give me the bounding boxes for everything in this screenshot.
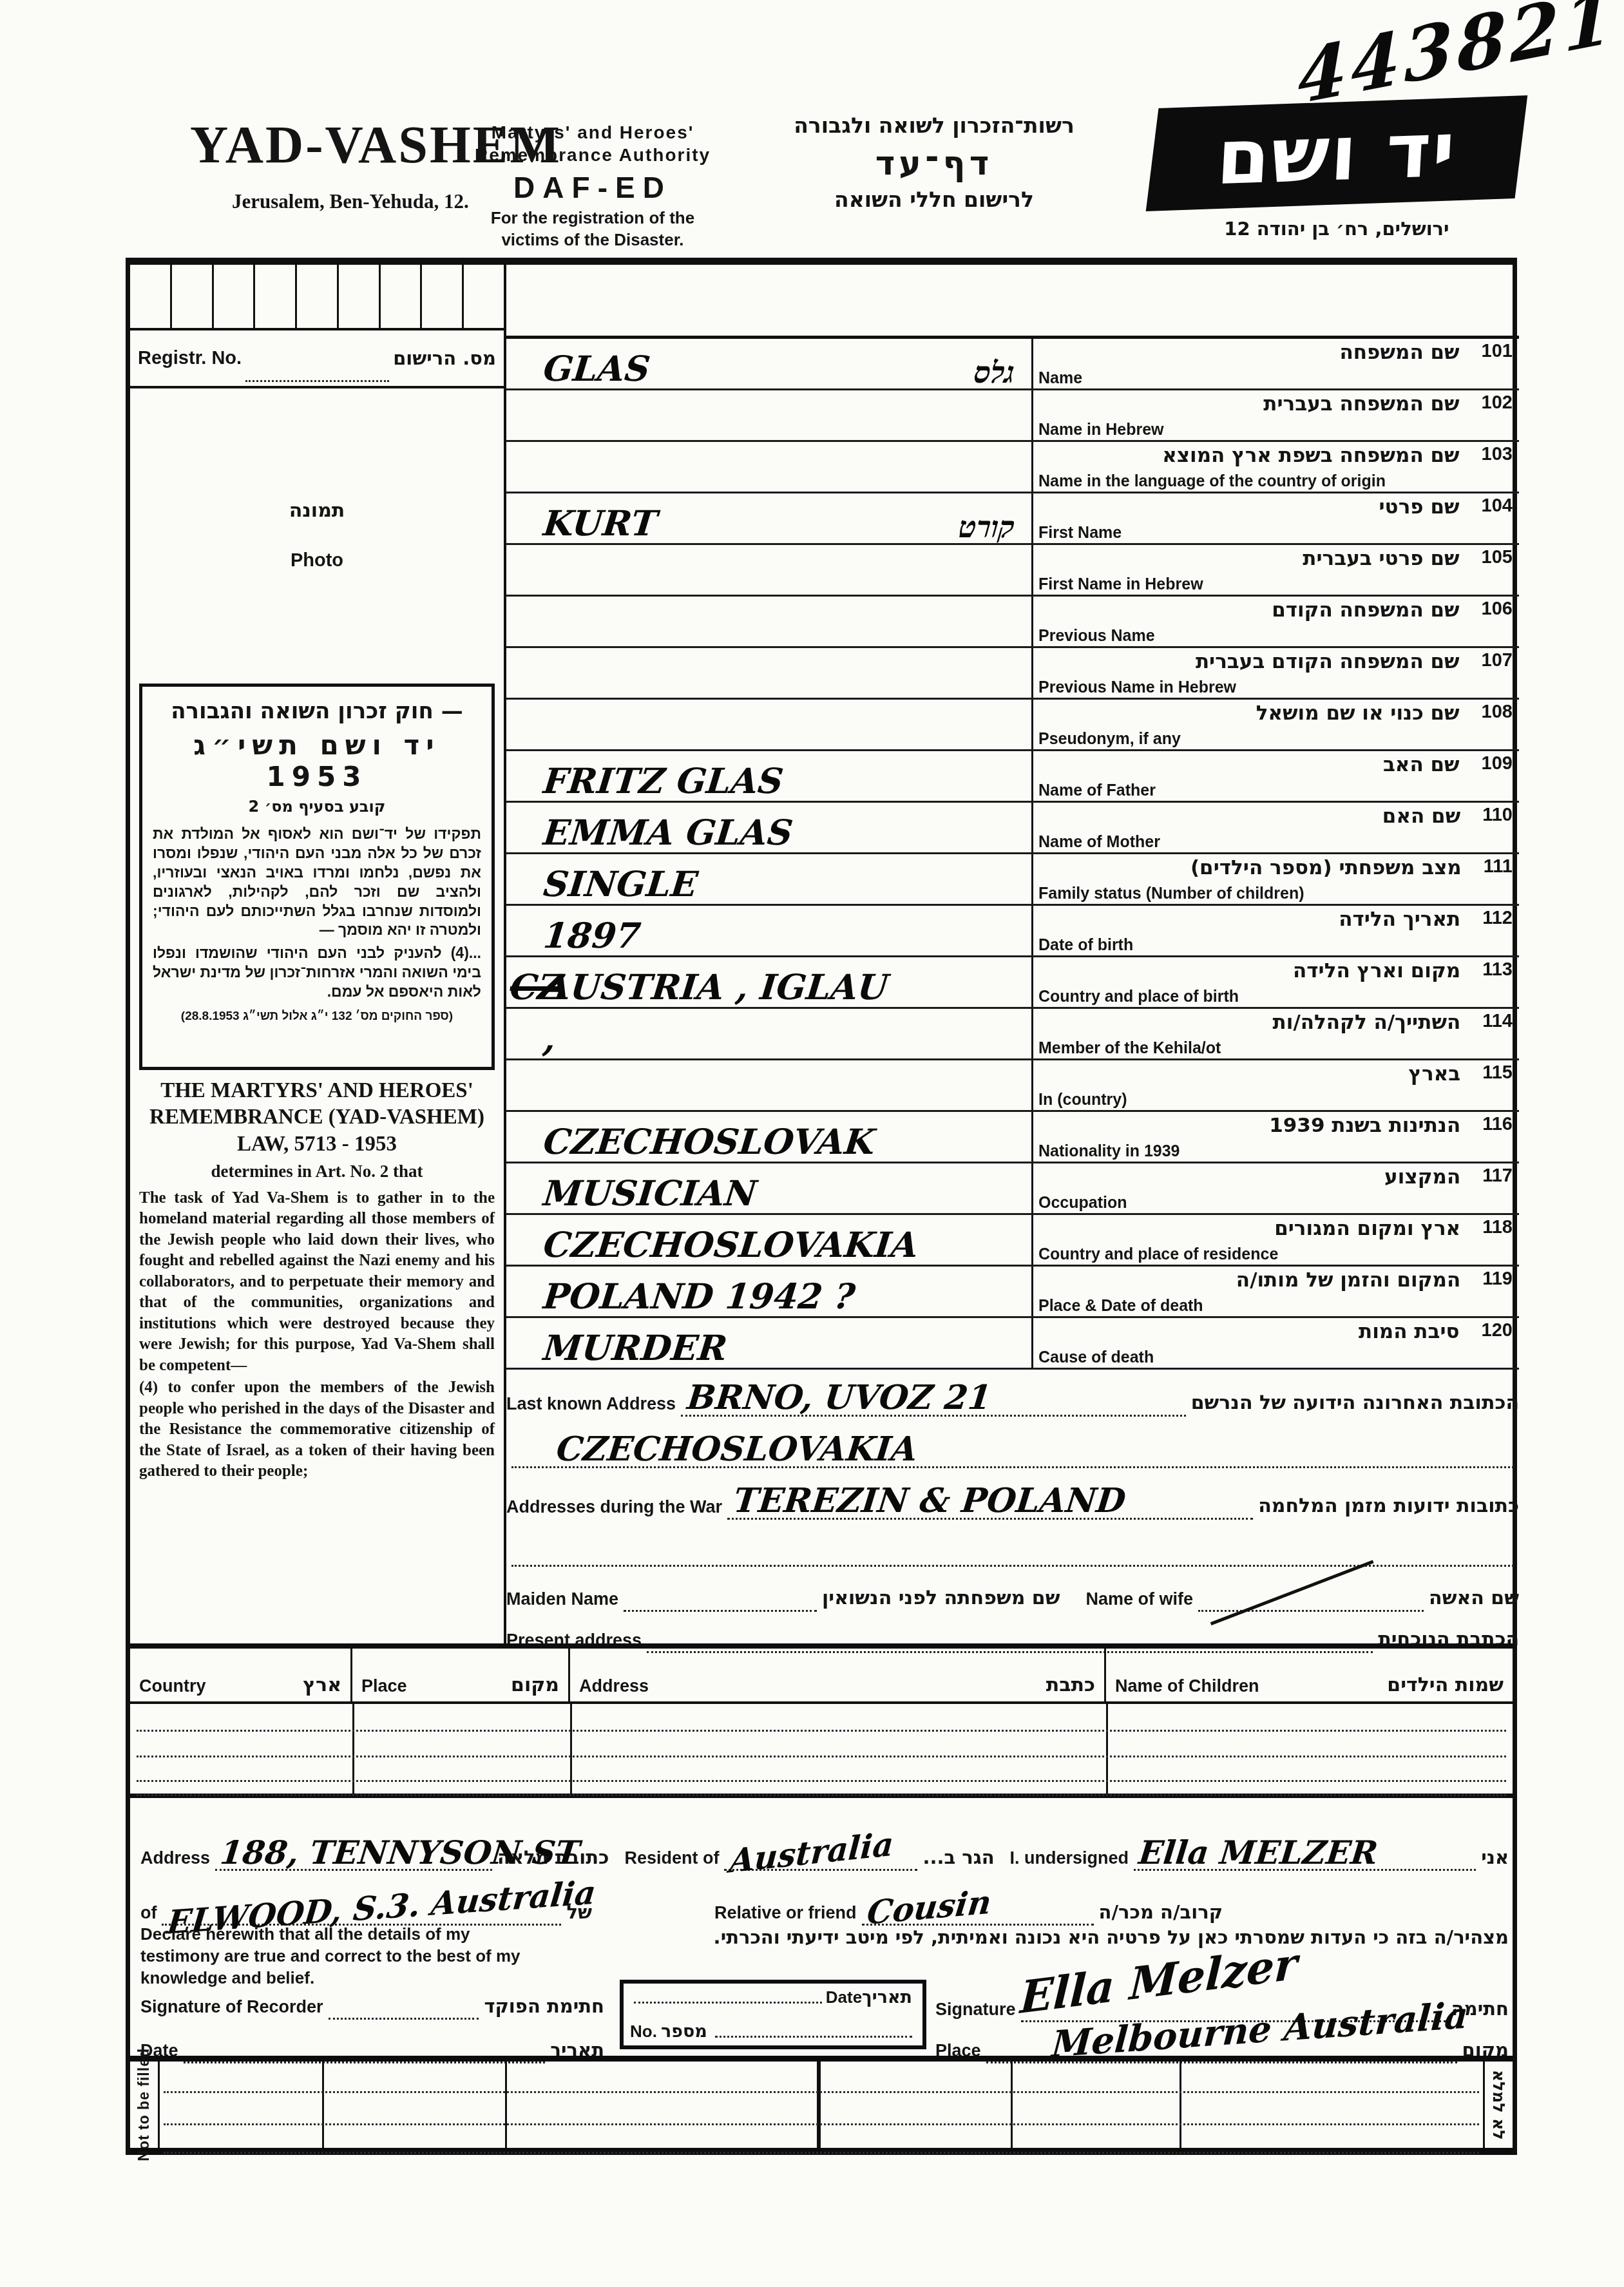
undersigned-value: Ella MELZER [1137,1837,1379,1869]
purpose-line1: For the registration of the [454,207,731,229]
field-label-cell: שם פרטי בעברית 105 First Name in Hebrew [1033,545,1519,595]
law-en-body: The task of Yad Va-Shem is to gather in … [139,1188,495,1377]
dotted-line [137,1794,1506,1796]
field-label-hebrew: שם המשפחה בשפת ארץ המוצא [1162,444,1459,467]
field-value-cell [506,597,1033,646]
field-number: 105 [1482,547,1513,568]
field-value-handwriting: CZECHOSLOVAKIA [542,1227,920,1262]
children-table: Country ארץ Place מקום Address כתבת Name… [130,1643,1513,1798]
last-known-address-label: Last known Address [506,1394,676,1417]
law-en-title: THE MARTYRS' AND HEROES' REMEMBRANCE (YA… [139,1078,495,1158]
field-value-cell [506,390,1033,440]
field-label-hebrew: שם המשפחה [1340,341,1460,364]
field-label-english: Name of Father [1038,781,1156,800]
last-known-address-value2: CZECHOSLOVAKIA [555,1433,919,1466]
field-label-english: Nationality in 1939 [1038,1142,1180,1161]
field-value-cell: SINGLE [506,854,1033,904]
recorder-signature-hebrew: חתימת הפוקד [484,1995,604,2020]
field-label-cell: שם המשפחה הקודם בעברית 107 Previous Name… [1033,648,1519,698]
field-row: CZ AUSTRIA , IGLAU מקום וארץ הלידה 113 C… [506,957,1519,1009]
field-label-hebrew: תאריך הלידה [1339,908,1460,931]
registration-number-row: Registr. No. מס. הרישום [130,330,504,388]
law-he-title2: יד ושם תשי״ג 1953 [153,729,481,792]
maiden-name-label: Maiden Name [506,1589,618,1612]
maiden-name-row: Maiden Name שם משפחתה לפני הנשואין Name … [506,1569,1519,1612]
field-label-hebrew-row: מקום וארץ הלידה 113 [1033,957,1519,982]
witness-address-value: 188, TENNYSON ST [218,1837,581,1869]
field-label-cell: שם המשפחה בעברית 102 Name in Hebrew [1033,390,1519,440]
field-number: 101 [1482,341,1513,362]
field-number: 114 [1482,1011,1513,1032]
field-value-cell [506,1060,1033,1110]
field-label-cell: שם האם 110 Name of Mother [1033,803,1519,852]
field-label-english: Pseudonym, if any [1038,730,1181,749]
field-row: שם המשפחה בשפת ארץ המוצא 103 Name in the… [506,442,1519,493]
field-row: MURDER סיבת המות 120 Cause of death [506,1318,1519,1370]
field-label-english: Country and place of birth [1038,988,1239,1006]
authority-hebrew: רשות־הזכרון לשואה ולגבורה [754,113,1114,138]
witness-address-label: Address [140,1848,210,1871]
photo-box: תמונה Photo [130,388,504,682]
field-label-hebrew-row: שם פרטי בעברית 105 [1033,545,1519,570]
field-number: 110 [1482,805,1513,826]
field-row: שם כנוי או שם מושאל 108 Pseudonym, if an… [506,700,1519,751]
last-known-address-row: Last known Address BRNO, UVOZ 21 הכתובת … [506,1368,1519,1417]
col-names-he: שמות הילדים [1387,1674,1504,1696]
field-label-hebrew-row: המקום והזמן של מותו/ה 119 [1033,1267,1519,1292]
field-row: בארץ 115 In (country) [506,1060,1519,1112]
resident-of-label: Resident of [624,1848,719,1871]
field-row: FRITZ GLAS שם האב 109 Name of Father [506,751,1519,803]
field-label-hebrew: שם כנוי או שם מושאל [1256,702,1460,725]
purpose-line2: victims of the Disaster. [454,229,731,251]
field-label-english: Cause of death [1038,1348,1154,1367]
datebox-date-row: Date תאריך [630,1987,916,2007]
last-known-address-row2: CZECHOSLOVAKIA [506,1419,1519,1468]
field-label-hebrew-row: תאריך הלידה 112 [1033,906,1519,931]
relative-hebrew: קרוב/ה מכר/ה [1099,1901,1223,1926]
relative-value: Cousin [865,1886,993,1929]
office-use-table: Not to be filled לא למלא [130,2056,1513,2154]
field-number: 116 [1482,1114,1513,1135]
field-value-handwriting: AUSTRIA , IGLAU [542,970,890,1004]
grid-cell [422,265,464,328]
field-value-cell [506,648,1033,698]
war-addresses-label: Addresses during the War [506,1497,722,1520]
witness-of-row: of ELWOOD, S.3. Australia של Relative or… [140,1875,1509,1926]
field-label-hebrew: סיבת המות [1359,1320,1460,1343]
col-country-en: Country [139,1676,206,1696]
field-value-cell: KURT קורט [506,493,1033,543]
field-label-english: Place & Date of death [1038,1297,1203,1316]
field-label-hebrew: מצב משפחתי (מספר הילדים) [1190,856,1462,879]
resident-of-value: Australia [729,1828,895,1877]
field-value-handwriting: MURDER [542,1330,729,1365]
dotted-line: 188, TENNYSON ST [215,1837,492,1871]
field-value-cell [506,700,1033,749]
dotted-line [634,2002,822,2004]
children-table-body [130,1704,1513,1796]
date-number-box: Date תאריך No. מספר [620,1980,926,2049]
field-label-english: Occupation [1038,1194,1127,1212]
field-label-hebrew-row: השתייך/ה לקהלה/ות 114 [1033,1009,1519,1034]
field-label-english: Previous Name [1038,627,1155,646]
not-to-be-filled-hebrew: לא למלא [1489,2070,1508,2140]
field-number: 108 [1482,702,1513,723]
dotted-line [245,380,389,382]
field-label-hebrew: שם האם [1382,805,1460,828]
children-col-country: Country ארץ [130,1649,352,1701]
grid-cell [339,265,381,328]
field-label-hebrew: שם האב [1383,753,1460,776]
photo-label-english: Photo [291,550,343,571]
field-row: CZECHOSLOVAK הנתינות בשנת 1939 116 Natio… [506,1112,1519,1163]
war-addresses-value: TEREZIN & POLAND [732,1484,1127,1518]
name-of-wife-label: Name of wife [1085,1589,1193,1612]
law-he-clause: ...(4) להעניק לבני העם היהודי שהושמדו ונ… [153,944,481,1002]
dotted-line [137,1730,1506,1732]
datebox-date-label: Date [826,1987,862,2007]
field-label-english: In (country) [1038,1091,1127,1109]
field-row: EMMA GLAS שם האם 110 Name of Mother [506,803,1519,854]
dotted-line: ELWOOD, S.3. Australia [162,1891,561,1926]
field-label-hebrew: שם פרטי [1379,495,1459,519]
field-number: 115 [1482,1062,1513,1084]
field-value-handwriting: SINGLE [542,866,700,901]
field-label-english: Country and place of residence [1038,1245,1278,1264]
field-label-cell: מצב משפחתי (מספר הילדים) 111 Family stat… [1033,854,1519,904]
war-addresses-hebrew: כתובות ידועות מזמן המלחמה [1258,1495,1519,1520]
datebox-date-hebrew: תאריך [862,1987,912,2007]
dotted-line: Cousin [862,1891,1094,1926]
table-divider [817,2062,821,2148]
field-rows: GLAS גלס שם המשפחה 101 Name [506,336,1519,1370]
field-value-handwriting: MUSICIAN [542,1176,758,1210]
law-he-subtitle: קובע בסעיף מס׳ 2 [153,798,481,816]
field-label-cell: הנתינות בשנת 1939 116 Nationality in 193… [1033,1112,1519,1162]
law-en-subtitle: determines in Art. No. 2 that [139,1162,495,1182]
field-value-cell [506,545,1033,595]
last-known-address-hebrew: הכתובת האחרונה הידועה של הנרשם [1191,1392,1519,1417]
field-label-hebrew-row: בארץ 115 [1033,1060,1519,1086]
field-value-handwriting: POLAND 1942 ? [542,1279,857,1314]
field-label-english: Name [1038,369,1082,388]
field-row: KURT קורט שם פרטי 104 First Name [506,493,1519,545]
datebox-no-label: No. [630,2022,657,2042]
resident-of-hebrew: הגר ב... [922,1846,994,1871]
field-row: שם המשפחה בעברית 102 Name in Hebrew [506,390,1519,442]
dotted-line [1198,1607,1424,1612]
field-number: 106 [1482,598,1513,620]
recorder-signature-row: Signature of Recorder חתימת הפוקד [140,1991,604,2020]
field-value-cell: 1897 [506,906,1033,955]
law-he-title1: — חוק זכרון השואה והגבורה [153,698,481,724]
field-row: שם פרטי בעברית 105 First Name in Hebrew [506,545,1519,597]
field-label-english: Family status (Number of children) [1038,885,1304,903]
dotted-line [624,1610,817,1612]
field-row: POLAND 1942 ? המקום והזמן של מותו/ה 119 … [506,1267,1519,1318]
daf-ed-hebrew: דף־עד [754,144,1114,183]
field-label-hebrew: מקום וארץ הלידה [1293,959,1460,982]
col-place-he: מקום [511,1674,559,1696]
field-label-english: Date of birth [1038,936,1133,955]
grid-cell [130,265,172,328]
field-label-hebrew-row: שם המשפחה הקודם בעברית 107 [1033,648,1519,673]
field-value-cell: , [506,1009,1033,1058]
table-divider [1180,2062,1181,2148]
field-value-cell [506,442,1033,492]
dotted-line: TEREZIN & POLAND [727,1484,1253,1520]
dotted-line [164,2152,1479,2154]
photo-label-hebrew: תמונה [289,499,345,522]
field-label-cell: סיבת המות 120 Cause of death [1033,1318,1519,1368]
table-divider [322,2062,324,2148]
field-label-english: Name of Mother [1038,833,1160,852]
col-place-en: Place [361,1676,407,1696]
dotted-line [137,1756,1506,1757]
field-label-cell: המקצוע 117 Occupation [1033,1163,1519,1213]
field-number: 113 [1482,959,1513,981]
field-number: 119 [1482,1268,1513,1290]
blank-dotted-row [506,1524,1519,1567]
logo-hebrew-text: יד ושם [1215,105,1458,202]
field-row: שם המשפחה הקודם 106 Previous Name [506,597,1519,648]
scanned-testimony-page: 443821 YAD-VASHEM Jerusalem, Ben-Yehuda,… [0,0,1624,2287]
daf-ed-title: DAF-ED [454,170,731,205]
field-label-cell: שם כנוי או שם מושאל 108 Pseudonym, if an… [1033,700,1519,749]
field-number: 102 [1482,392,1513,414]
field-label-cell: שם פרטי 104 First Name [1033,493,1519,543]
field-row: שם המשפחה הקודם בעברית 107 Previous Name… [506,648,1519,700]
law-he-footnote: (ספר החוקים מס׳ 132 י״ג אלול תשי״ג 28.8.… [153,1010,481,1024]
field-label-hebrew: ארץ ומקום המגורים [1274,1217,1460,1240]
field-label-hebrew-row: סיבת המות 120 [1033,1318,1519,1343]
col-names-en: Name of Children [1115,1676,1259,1696]
field-label-hebrew-row: שם כנוי או שם מושאל 108 [1033,700,1519,725]
authority-block-hebrew: רשות־הזכרון לשואה ולגבורה דף־עד לרישום ח… [754,113,1114,212]
children-col-place: Place מקום [352,1649,570,1701]
field-label-hebrew-row: שם המשפחה 101 [1033,339,1519,364]
dotted-line: BRNO, UVOZ 21 [681,1381,1186,1417]
authority-block-english: Martyrs' and Heroes' Remembrance Authori… [454,121,731,251]
yad-vashem-logo: יד ושם [1146,95,1528,211]
field-label-hebrew: הנתינות בשנת 1939 [1269,1114,1460,1137]
table-divider [352,1704,354,1796]
field-label-hebrew-row: הנתינות בשנת 1939 116 [1033,1112,1519,1137]
field-label-cell: שם המשפחה בשפת ארץ המוצא 103 Name in the… [1033,442,1519,492]
field-value-handwriting: 1897 [542,918,642,953]
grid-cell [297,265,339,328]
field-label-hebrew-row: שם המשפחה בעברית 102 [1033,390,1519,416]
col-address-he: כתבת [1046,1674,1095,1696]
signature-label: Signature [935,2000,1016,2022]
dotted-line [164,2091,1479,2093]
field-value-hebrew-handwriting: גלס [973,358,1017,387]
dotted-line [329,2018,479,2020]
field-label-hebrew: המקצוע [1384,1165,1460,1189]
field-row: CZECHOSLOVAKIA ארץ ומקום המגורים 118 Cou… [506,1215,1519,1267]
field-value-handwriting: GLAS [542,351,652,386]
field-value-cell: CZ AUSTRIA , IGLAU [506,957,1033,1007]
grid-cell [214,265,256,328]
field-value-handwriting: , [542,1021,557,1056]
field-value-cell: POLAND 1942 ? [506,1267,1033,1316]
maiden-name-hebrew: שם משפחתה לפני הנשואין [822,1587,1060,1612]
field-row: SINGLE מצב משפחתי (מספר הילדים) 111 Fami… [506,854,1519,906]
registr-label-english: Registr. No. [138,348,242,369]
field-value-handwriting: FRITZ GLAS [542,763,785,798]
field-number: 107 [1482,650,1513,671]
field-label-cell: המקום והזמן של מותו/ה 119 Place & Date o… [1033,1267,1519,1316]
field-number: 120 [1482,1320,1513,1341]
field-number: 109 [1482,753,1513,774]
grid-cell [255,265,297,328]
last-known-address-value: BRNO, UVOZ 21 [685,1381,993,1415]
purpose-hebrew: לרישום חללי השואה [754,187,1114,212]
undersigned-label: I. undersigned [1010,1848,1129,1871]
table-divider [505,2062,507,2148]
declaration-hebrew: מצהיר/ה בזה כי העדות שמסרתי כאן על פרטיה… [542,1924,1509,1952]
field-value-cell: CZECHOSLOVAKIA [506,1215,1033,1265]
field-number: 104 [1482,495,1513,517]
field-label-english: Previous Name in Hebrew [1038,678,1236,697]
field-label-cell: בארץ 115 In (country) [1033,1060,1519,1110]
field-row: 1897 תאריך הלידה 112 Date of birth [506,906,1519,957]
dotted-line [715,2036,912,2038]
datebox-no-row: No. מספר [630,2022,916,2042]
recorder-signature-label: Signature of Recorder [140,1997,323,2020]
field-value-cell: EMMA GLAS [506,803,1033,852]
field-label-hebrew-row: מצב משפחתי (מספר הילדים) 111 [1033,854,1519,879]
dotted-line: Australia [724,1837,917,1871]
war-addresses-row: Addresses during the War TEREZIN & POLAN… [506,1471,1519,1520]
table-divider [570,1704,572,1796]
law-he-body: תפקידו של יד־ושם הוא לאסוף אל המולדת את … [153,825,481,940]
dotted-line [137,1780,1506,1782]
field-label-hebrew: שם פרטי בעברית [1303,547,1459,570]
dotted-line: Ella MELZER [1134,1837,1476,1871]
field-value-handwriting: EMMA GLAS [542,815,794,850]
field-label-hebrew: המקום והזמן של מותו/ה [1236,1268,1460,1292]
field-value-cell: CZECHOSLOVAK [506,1112,1033,1162]
field-label-cell: שם המשפחה 101 Name [1033,339,1519,388]
field-label-english: Member of the Kehila/ot [1038,1039,1221,1058]
registr-label-hebrew: מס. הרישום [393,347,496,369]
field-label-hebrew-row: שם המשפחה הקודם 106 [1033,597,1519,622]
dotted-line [164,2123,1479,2125]
declaration-english: Declare herewith that all the details of… [140,1924,527,1989]
not-to-be-filled-cell-hebrew: לא למלא [1483,2062,1513,2148]
field-row: , השתייך/ה לקהלה/ות 114 Member of the Ke… [506,1009,1519,1060]
testimony-form: Registr. No. מס. הרישום תמונה Photo — חו… [126,258,1517,2155]
logo-address-hebrew: ירושלים, רח׳ בן יהודה 12 [1153,218,1520,240]
field-value-hebrew-handwriting: קורט [957,512,1017,542]
col-country-he: ארץ [303,1674,341,1696]
field-label-hebrew-row: שם האב 109 [1033,751,1519,776]
field-value-handwriting: KURT [542,506,659,541]
authority-line2: Remembrance Authority [454,144,731,166]
grid-cell [381,265,423,328]
field-label-hebrew: בארץ [1409,1062,1461,1086]
law-text-hebrew-box: — חוק זכרון השואה והגבורה יד ושם תשי״ג 1… [139,684,495,1070]
field-value-cell: MUSICIAN [506,1163,1033,1213]
field-value-cell: GLAS גלס [506,339,1033,388]
top-grid-row [130,265,504,330]
field-label-hebrew-row: המקצוע 117 [1033,1163,1519,1189]
field-number: 112 [1482,908,1513,929]
undersigned-hebrew: אני [1481,1846,1509,1871]
children-col-names: Name of Children שמות הילדים [1106,1649,1513,1701]
name-of-wife-hebrew: שם האשה [1429,1587,1519,1612]
field-label-english: First Name [1038,524,1122,542]
grid-cell [172,265,214,328]
field-label-hebrew: שם המשפחה הקודם [1272,598,1459,622]
field-label-hebrew: שם המשפחה בעברית [1263,392,1459,416]
field-label-english: Name in Hebrew [1038,421,1164,439]
field-value-cell: FRITZ GLAS [506,751,1033,801]
col-address-en: Address [579,1676,649,1696]
witness-of-label: of [140,1903,157,1926]
field-number: 118 [1482,1217,1513,1238]
field-label-cell: ארץ ומקום המגורים 118 Country and place … [1033,1215,1519,1265]
field-label-hebrew-row: שם האם 110 [1033,803,1519,828]
field-label-cell: השתייך/ה לקהלה/ות 114 Member of the Kehi… [1033,1009,1519,1058]
field-number: 117 [1482,1165,1513,1187]
field-label-hebrew: השתייך/ה לקהלה/ות [1273,1011,1461,1034]
authority-line1: Martyrs' and Heroes' [454,121,731,144]
field-label-cell: תאריך הלידה 112 Date of birth [1033,906,1519,955]
field-label-english: First Name in Hebrew [1038,575,1203,594]
table-divider [1011,2062,1013,2148]
field-value-cell: MURDER [506,1318,1033,1368]
children-col-address: Address כתבת [570,1649,1106,1701]
not-to-be-filled-label: Not to be filled [135,2048,153,2161]
field-value-handwriting: CZECHOSLOVAK [542,1124,877,1159]
table-divider [1106,1704,1108,1796]
witness-address-row: Address 188, TENNYSON ST כתובת מלאה Resi… [140,1821,1509,1871]
field-label-cell: מקום וארץ הלידה 113 Country and place of… [1033,957,1519,1007]
dotted-line: CZECHOSLOVAKIA [511,1433,1514,1468]
field-row: MUSICIAN המקצוע 117 Occupation [506,1163,1519,1215]
field-label-cell: שם המשפחה הקודם 106 Previous Name [1033,597,1519,646]
field-row: GLAS גלס שם המשפחה 101 Name [506,339,1519,390]
children-table-header: Country ארץ Place מקום Address כתבת Name… [130,1649,1513,1704]
field-number: 111 [1484,856,1513,877]
law-text-english-block: THE MARTYRS' AND HEROES' REMEMBRANCE (YA… [139,1078,495,1482]
org-address-english: Jerusalem, Ben-Yehuda, 12. [232,190,469,213]
field-label-cell: שם האב 109 Name of Father [1033,751,1519,801]
law-en-clause: (4) to confer upon the members of the Je… [139,1377,495,1482]
field-number: 103 [1482,444,1513,465]
field-label-hebrew-row: שם פרטי 104 [1033,493,1519,519]
field-label-hebrew: שם המשפחה הקודם בעברית [1196,650,1460,673]
grid-cell [464,265,504,328]
not-to-be-filled-cell: Not to be filled [130,2062,160,2148]
datebox-no-hebrew: מספר [661,2022,707,2042]
relative-label: Relative or friend [714,1903,857,1926]
field-label-hebrew-row: שם המשפחה בשפת ארץ המוצא 103 [1033,442,1519,467]
field-label-english: Name in the language of the country of o… [1038,472,1386,491]
field-label-hebrew-row: ארץ ומקום המגורים 118 [1033,1215,1519,1240]
